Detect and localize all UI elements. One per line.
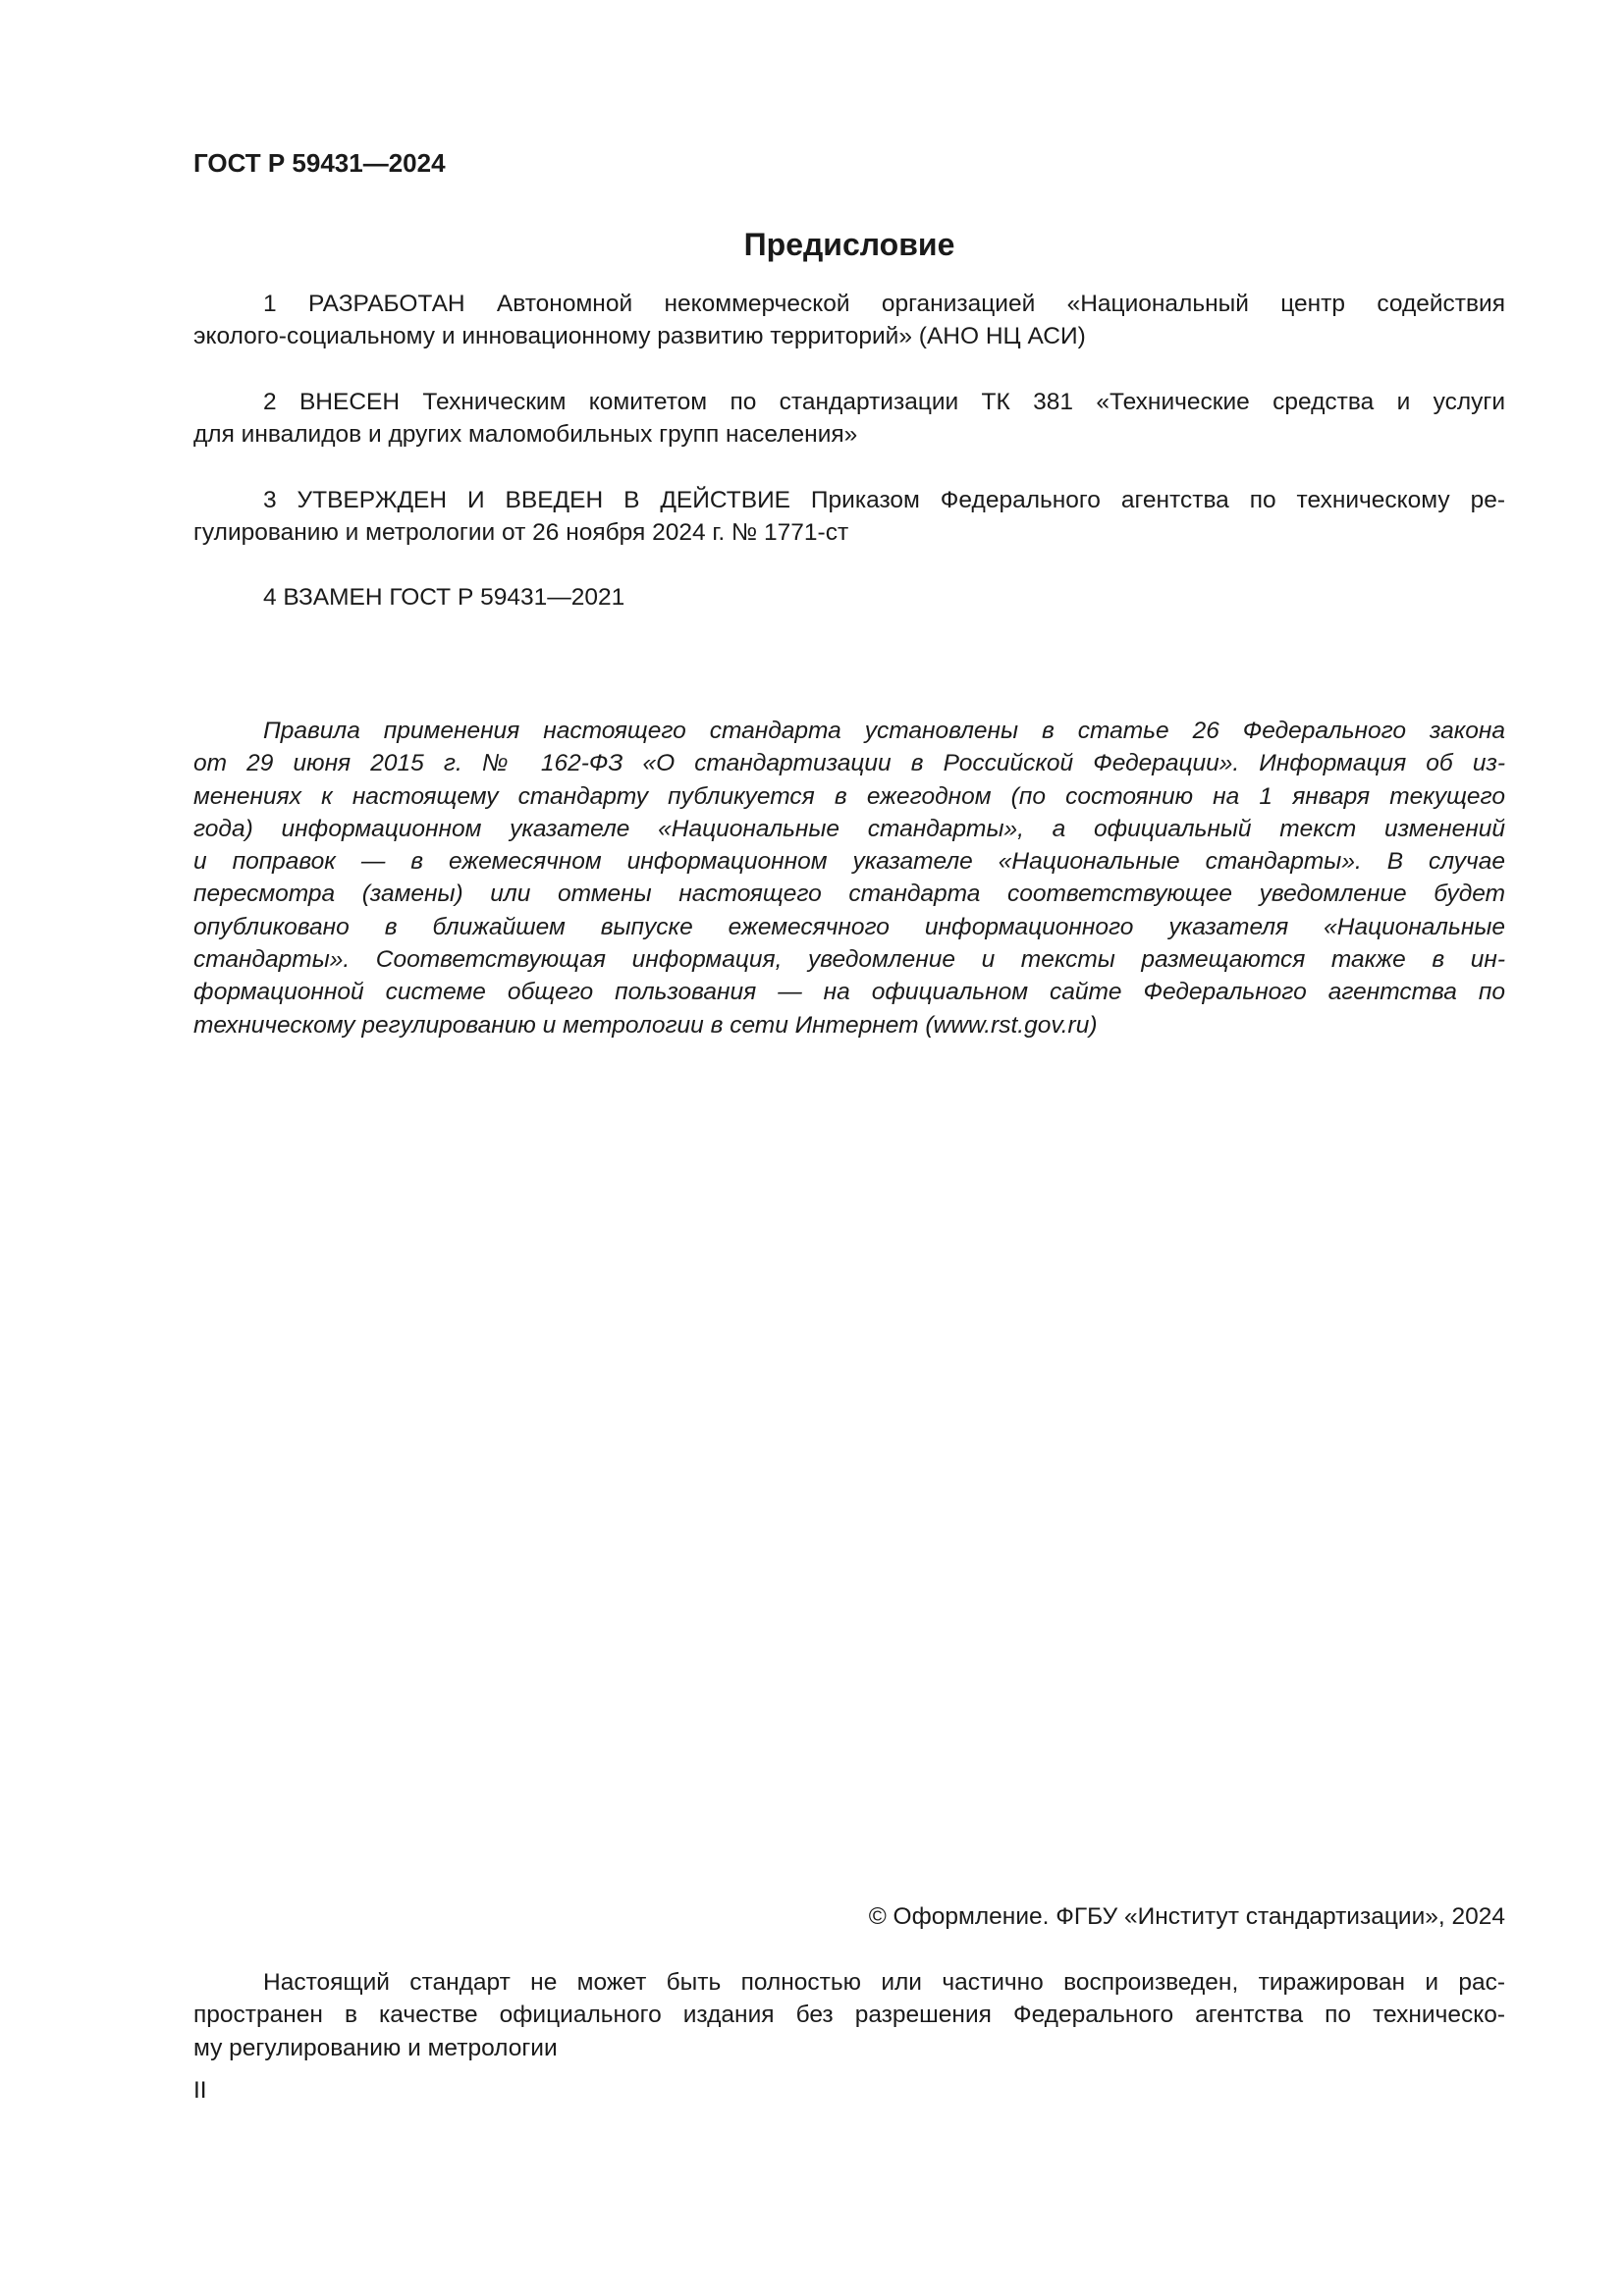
foreword-title: Предисловие [193, 225, 1505, 264]
foreword-item-submitted: 2 ВНЕСЕН Техническим комитетом по станда… [193, 386, 1505, 452]
text-line: года) информационном указателе «Национал… [193, 813, 1505, 845]
text-line: опубликовано в ближайшем выпуске ежемеся… [193, 911, 1505, 943]
text-line: Настоящий стандарт не может быть полност… [193, 1966, 1505, 1999]
rules-of-application-notice: Правила применения настоящего стандарта … [193, 715, 1505, 1041]
text-line: 2 ВНЕСЕН Техническим комитетом по станда… [193, 386, 1505, 418]
text-line: менениях к настоящему стандарту публикуе… [193, 780, 1505, 813]
text-line: от 29 июня 2015 г. № 162-ФЗ «О стандарти… [193, 747, 1505, 779]
text-line: для инвалидов и других маломобильных гру… [193, 418, 1505, 451]
text-line: му регулированию и метрологии [193, 2032, 1505, 2064]
page-number: II [193, 2074, 207, 2107]
document-code: ГОСТ Р 59431—2024 [193, 147, 446, 179]
reproduction-notice: Настоящий стандарт не может быть полност… [193, 1966, 1505, 2064]
text-line: гулированию и метрологии от 26 ноября 20… [193, 516, 1505, 549]
text-line: формационной системе общего пользования … [193, 976, 1505, 1008]
text-line: 4 ВЗАМЕН ГОСТ Р 59431—2021 [193, 581, 1505, 614]
foreword-item-approved: 3 УТВЕРЖДЕН И ВВЕДЕН В ДЕЙСТВИЕ Приказом… [193, 484, 1505, 550]
text-line: 3 УТВЕРЖДЕН И ВВЕДЕН В ДЕЙСТВИЕ Приказом… [193, 484, 1505, 516]
text-line: пространен в качестве официального издан… [193, 1999, 1505, 2031]
text-line: эколого-социальному и инновационному раз… [193, 320, 1505, 352]
text-line: Правила применения настоящего стандарта … [193, 715, 1505, 747]
text-line: 1 РАЗРАБОТАН Автономной некоммерческой о… [193, 288, 1505, 320]
foreword-item-replaces: 4 ВЗАМЕН ГОСТ Р 59431—2021 [193, 581, 1505, 614]
foreword-item-developed: 1 РАЗРАБОТАН Автономной некоммерческой о… [193, 288, 1505, 353]
text-line: пересмотра (замены) или отмены настоящег… [193, 878, 1505, 910]
text-line: и поправок — в ежемесячном информационно… [193, 845, 1505, 878]
text-line: стандарты». Соответствующая информация, … [193, 943, 1505, 976]
copyright-notice: © Оформление. ФГБУ «Институт стандартиза… [193, 1900, 1505, 1933]
text-line: техническому регулированию и метрологии … [193, 1009, 1505, 1041]
